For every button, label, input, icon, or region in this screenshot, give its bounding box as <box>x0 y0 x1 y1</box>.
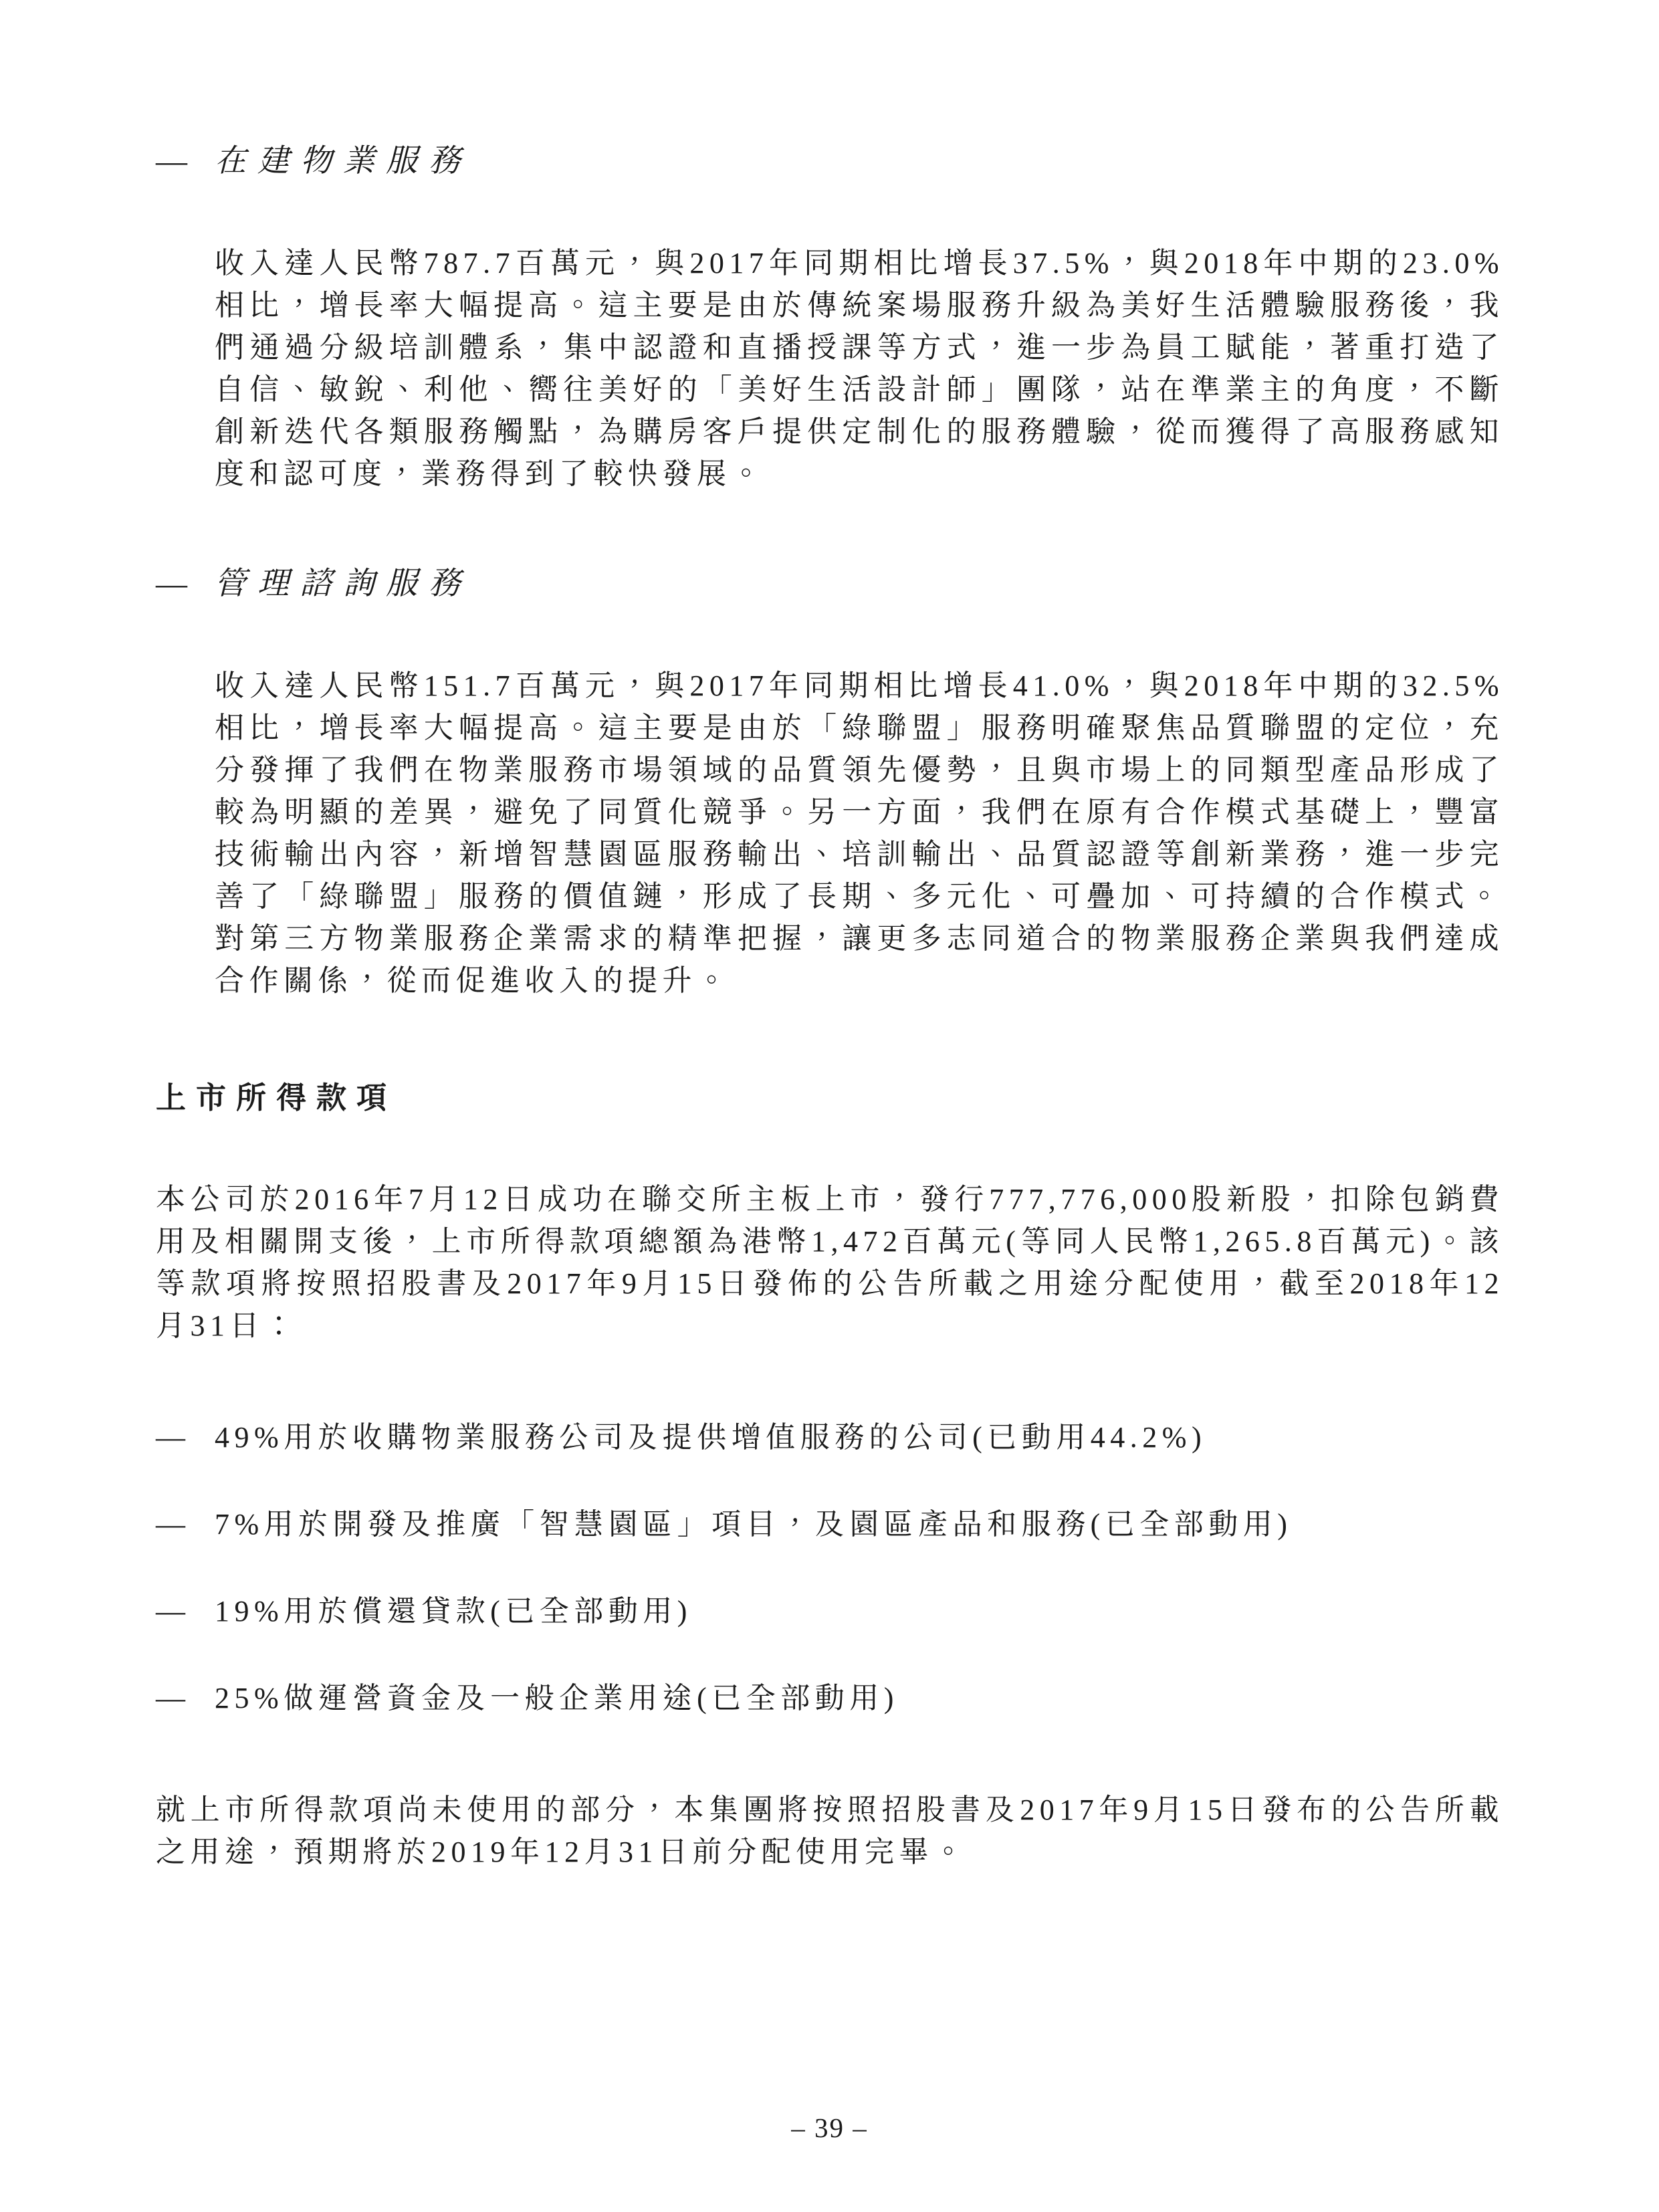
proceeds-bullet-1: — 49%用於收購物業服務公司及提供增值服務的公司(已動用44.2%) <box>156 1416 1504 1458</box>
page-number: – 39 – <box>0 2112 1659 2144</box>
section-heading-listing-proceeds: 上市所得款項 <box>156 1079 1504 1117</box>
section-heading-consulting-services: — 管理諮詢服務 <box>156 564 1504 603</box>
bullet-text: 49%用於收購物業服務公司及提供增值服務的公司(已動用44.2%) <box>215 1416 1206 1458</box>
bullet-dash: — <box>156 1416 215 1458</box>
section-heading-construction-services: — 在建物業服務 <box>156 142 1504 181</box>
section-heading-title: 管理諮詢服務 <box>215 564 471 603</box>
proceeds-intro-paragraph: 本公司於2016年7月12日成功在聯交所主板上市，發行777,776,000股新… <box>156 1178 1504 1347</box>
bullet-text: 25%做運營資金及一般企業用途(已全部動用) <box>215 1677 899 1719</box>
consulting-services-paragraph: 收入達人民幣151.7百萬元，與2017年同期相比增長41.0%，與2018年中… <box>215 665 1504 1002</box>
proceeds-bullet-2: — 7%用於開發及推廣「智慧園區」項目，及園區產品和服務(已全部動用) <box>156 1503 1504 1545</box>
proceeds-closing-paragraph: 就上市所得款項尚未使用的部分，本集團將按照招股書及2017年9月15日發布的公告… <box>156 1789 1504 1873</box>
proceeds-bullet-4: — 25%做運營資金及一般企業用途(已全部動用) <box>156 1677 1504 1719</box>
section-heading-title: 在建物業服務 <box>215 142 471 181</box>
bullet-text: 7%用於開發及推廣「智慧園區」項目，及園區產品和服務(已全部動用) <box>215 1503 1292 1545</box>
report-page: — 在建物業服務 收入達人民幣787.7百萬元，與2017年同期相比增長37.5… <box>0 0 1659 2212</box>
bullet-text: 19%用於償還貸款(已全部動用) <box>215 1590 692 1632</box>
page-content: — 在建物業服務 收入達人民幣787.7百萬元，與2017年同期相比增長37.5… <box>156 142 1504 1873</box>
bullet-dash: — <box>156 1503 215 1545</box>
heading-dash: — <box>156 564 215 603</box>
construction-services-paragraph: 收入達人民幣787.7百萬元，與2017年同期相比增長37.5%，與2018年中… <box>215 242 1504 495</box>
proceeds-bullet-3: — 19%用於償還貸款(已全部動用) <box>156 1590 1504 1632</box>
bullet-dash: — <box>156 1677 215 1719</box>
bullet-dash: — <box>156 1590 215 1632</box>
heading-dash: — <box>156 142 215 181</box>
